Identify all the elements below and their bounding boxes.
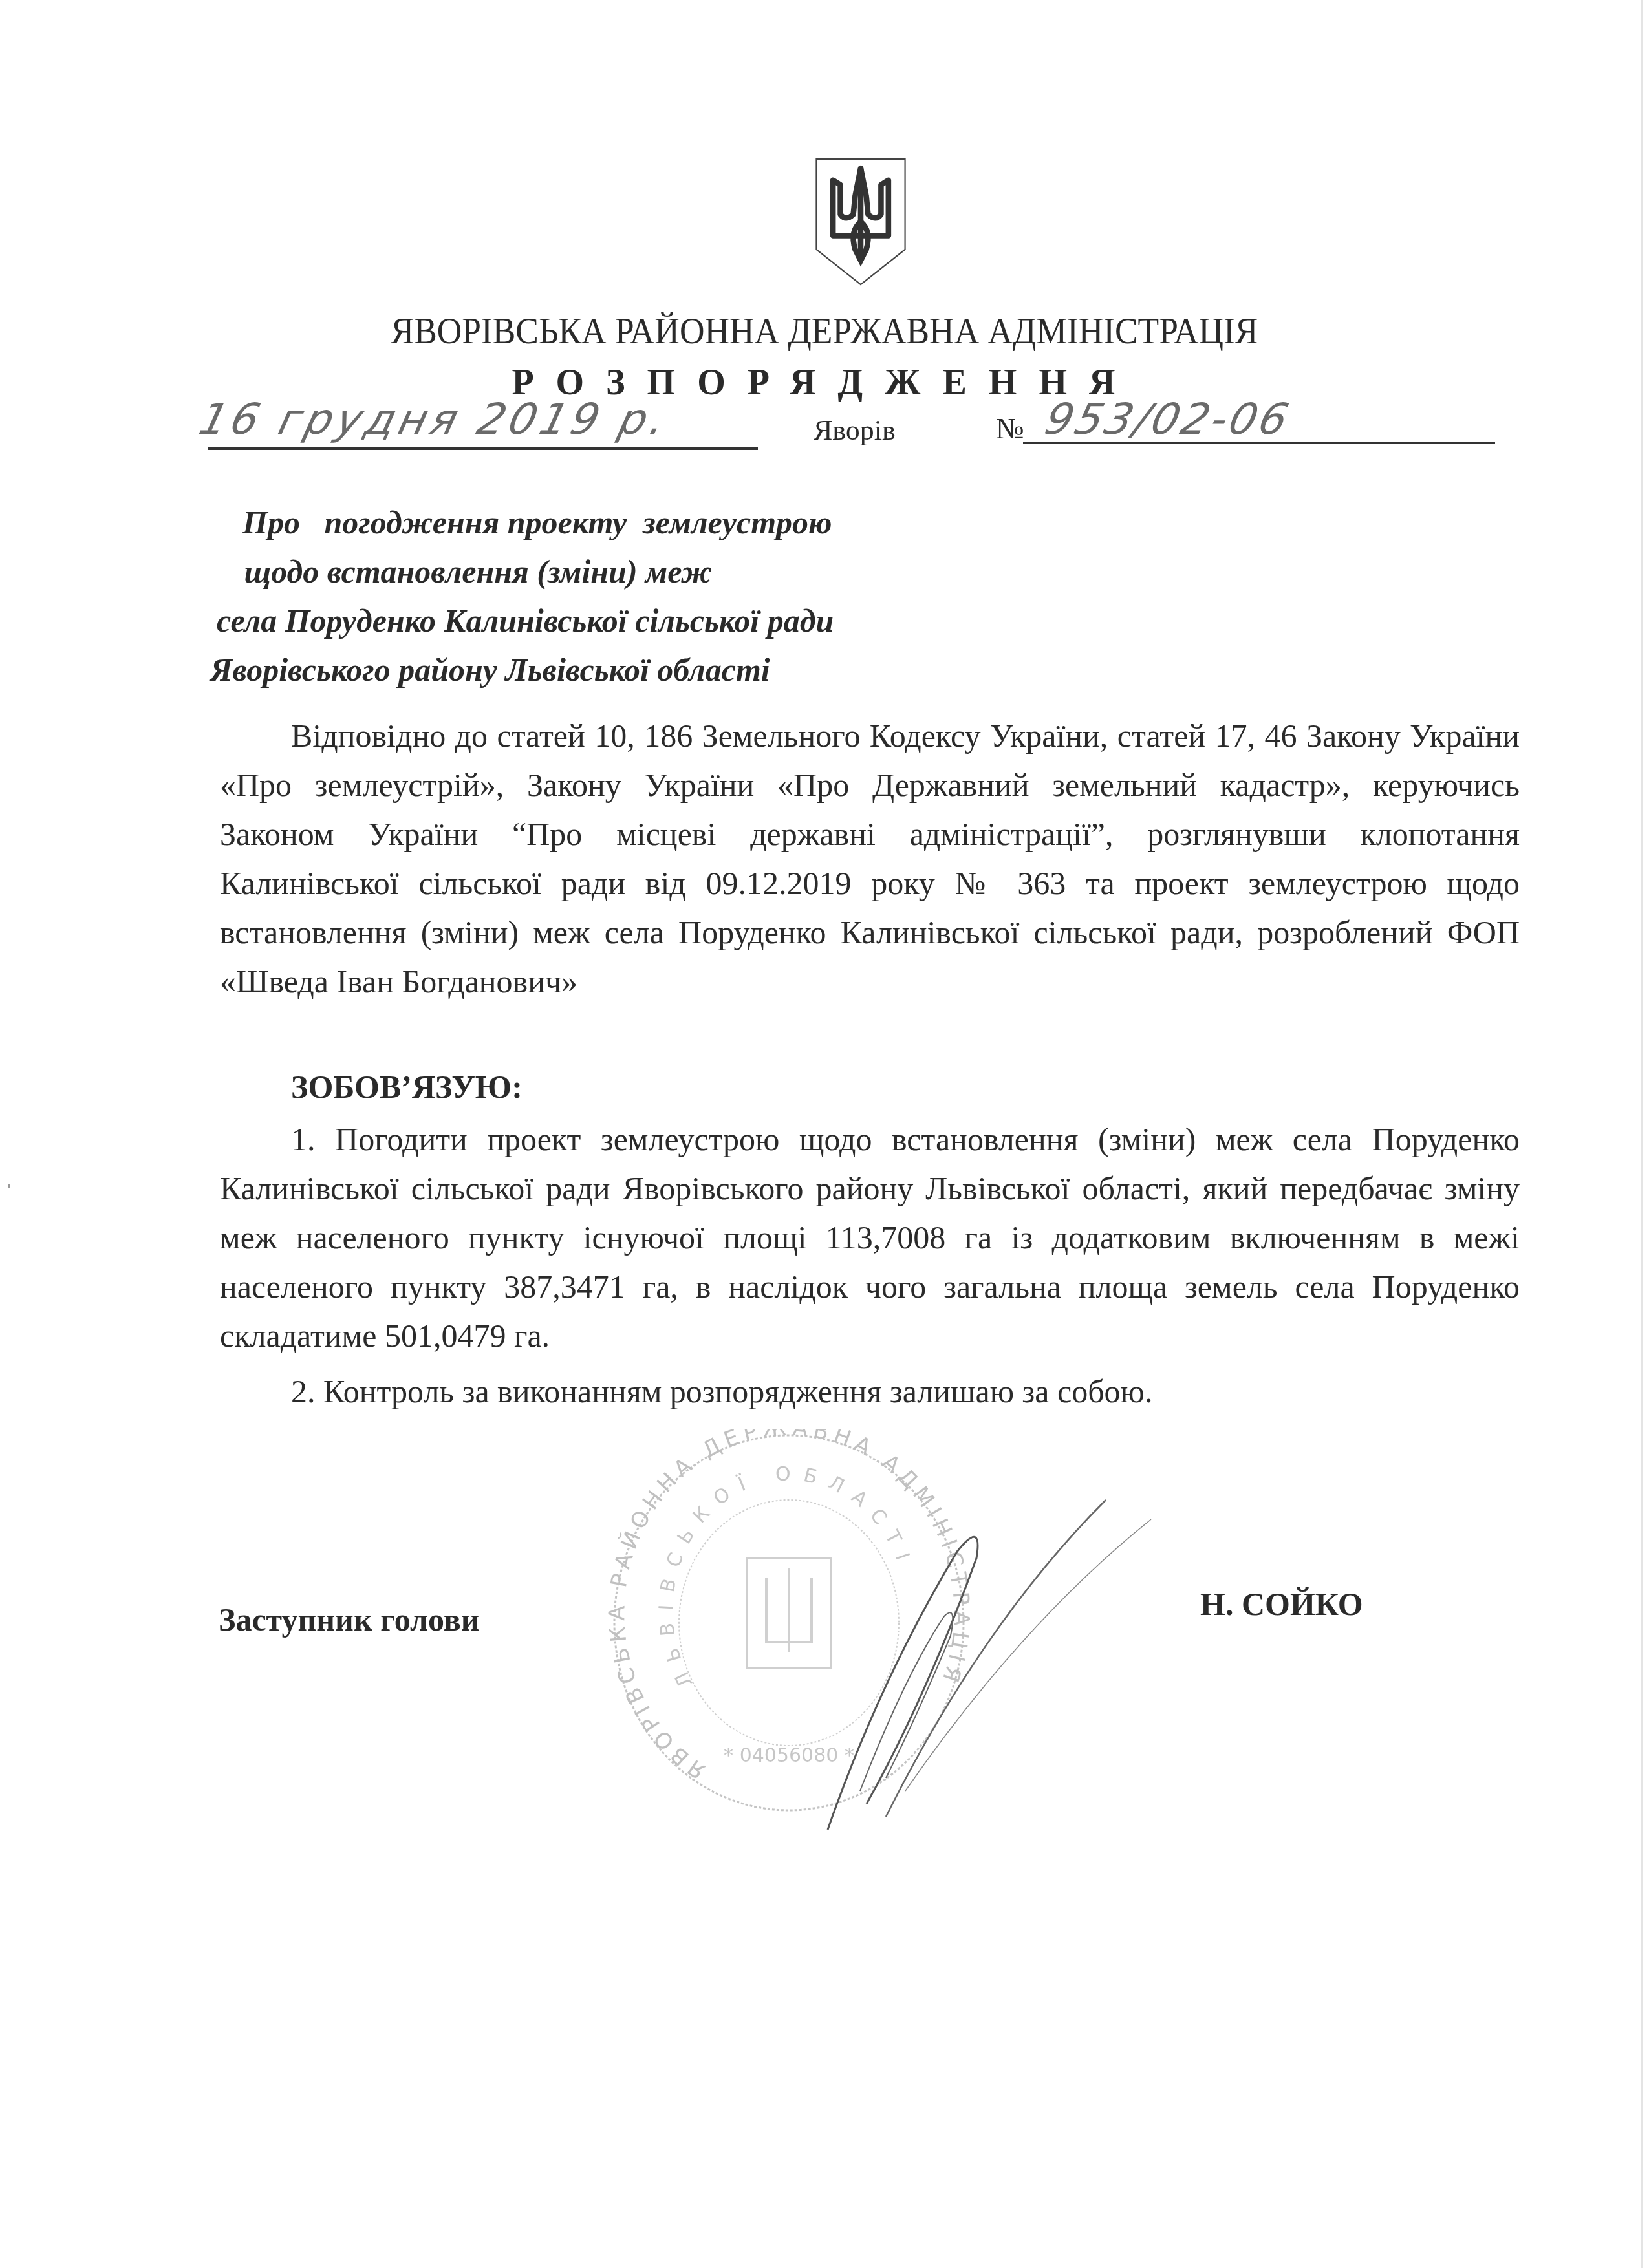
handwritten-number: 953/02-06 bbox=[1040, 394, 1295, 444]
order-items: 1. Погодити проект землеустрою щодо вста… bbox=[220, 1115, 1520, 1416]
order-item: 2. Контроль за виконанням розпорядження … bbox=[220, 1367, 1520, 1416]
organization-name: ЯВОРІВСЬКА РАЙОННА ДЕРЖАВНА АДМІНІСТРАЦІ… bbox=[66, 309, 1583, 352]
subject-line: села Поруденко Калинівської сільської ра… bbox=[210, 596, 834, 645]
preamble: Відповідно до статей 10, 186 Земельного … bbox=[220, 711, 1520, 1006]
oblige-heading: ЗОБОВ’ЯЗУЮ: bbox=[291, 1068, 523, 1106]
scan-speck bbox=[8, 1184, 10, 1188]
date-underline bbox=[208, 447, 758, 450]
number-underline bbox=[1023, 442, 1495, 444]
signatory-name: Н. СОЙКО bbox=[1200, 1585, 1363, 1623]
trident-emblem-icon bbox=[814, 157, 908, 286]
city-label: Яворів bbox=[814, 414, 896, 447]
scan-speck bbox=[1641, 0, 1643, 2268]
subject-line: Яворівського району Львівської області bbox=[210, 645, 834, 694]
number-sign: № bbox=[996, 411, 1024, 445]
signatory-role: Заступник голови bbox=[219, 1601, 480, 1638]
subject-line: щодо встановлення (зміни) меж bbox=[210, 547, 834, 596]
preamble-text: Відповідно до статей 10, 186 Земельного … bbox=[220, 711, 1520, 1006]
subject-block: Про погодження проекту землеустрою щодо … bbox=[210, 498, 834, 694]
handwritten-signature-icon bbox=[711, 1455, 1164, 1843]
subject-line: Про погодження проекту землеустрою bbox=[210, 498, 834, 547]
handwritten-date: 16 грудня 2019 р. bbox=[194, 394, 674, 444]
order-item: 1. Погодити проект землеустрою щодо вста… bbox=[220, 1115, 1520, 1360]
